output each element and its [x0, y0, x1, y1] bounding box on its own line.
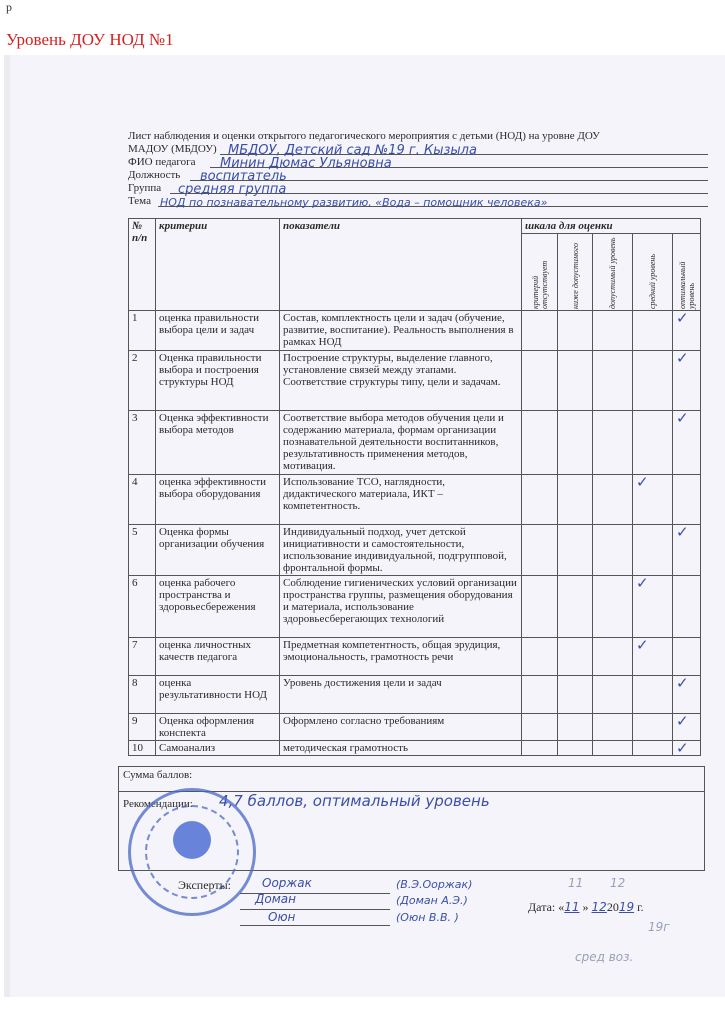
- table-row: 10Самоанализметодическая грамотность✓: [129, 741, 701, 756]
- official-stamp-icon: [128, 788, 256, 916]
- expert-signature: Оюн: [268, 910, 295, 924]
- scale-cell: [593, 676, 633, 714]
- scale-level-header: допустимый уровень: [593, 234, 633, 311]
- table-row: 5Оценка формы организации обученияИндиви…: [129, 525, 701, 576]
- date-day: 11: [564, 900, 579, 914]
- scale-cell: ✓: [673, 411, 701, 475]
- row-indicator: Индивидуальный подход, учет детской иниц…: [280, 525, 522, 576]
- expert-name: (Доман А.Э.): [396, 894, 468, 907]
- scale-cell: [593, 475, 633, 525]
- row-number: 7: [129, 638, 156, 676]
- scale-cell: [593, 411, 633, 475]
- scale-cell: [673, 638, 701, 676]
- table-row: 2Оценка правильности выбора и построения…: [129, 351, 701, 411]
- checkmark-icon: ✓: [676, 674, 689, 692]
- row-criterion: оценка рабочего пространства и здоровьес…: [156, 576, 280, 638]
- expert-name: (В.Э.Ооржак): [396, 878, 472, 891]
- checkmark-icon: ✓: [676, 712, 689, 730]
- date-month: 12: [592, 900, 607, 914]
- row-criterion: Оценка эффективности выбора методов: [156, 411, 280, 475]
- row-indicator: Состав, комплектность цели и задач (обуч…: [280, 311, 522, 351]
- field-label: ФИО педагога: [128, 156, 196, 169]
- row-number: 5: [129, 525, 156, 576]
- scale-cell: [522, 411, 558, 475]
- scale-cell: [673, 576, 701, 638]
- row-criterion: оценка результативности НОД: [156, 676, 280, 714]
- form-title: Лист наблюдения и оценки открытого педаг…: [128, 130, 708, 143]
- scale-cell: [558, 638, 593, 676]
- scale-cell: [522, 676, 558, 714]
- scale-cell: [593, 351, 633, 411]
- row-indicator: Соблюдение гигиенических условий организ…: [280, 576, 522, 638]
- checkmark-icon: ✓: [636, 473, 649, 491]
- scale-cell: [633, 351, 673, 411]
- row-indicator: Предметная компетентность, общая эрудици…: [280, 638, 522, 676]
- scale-cell: [558, 411, 593, 475]
- scale-cell: [558, 475, 593, 525]
- field-label: Группа: [128, 182, 161, 195]
- scale-cell: [633, 676, 673, 714]
- row-criterion: Самоанализ: [156, 741, 280, 756]
- scale-cell: [633, 741, 673, 756]
- scale-level-header: критерий отсутствует: [522, 234, 558, 311]
- row-number: 6: [129, 576, 156, 638]
- scale-cell: [558, 576, 593, 638]
- scale-cell: ✓: [633, 475, 673, 525]
- table-row: 4оценка эффективности выбора оборудовани…: [129, 475, 701, 525]
- row-indicator: Использование ТСО, наглядности, дидактич…: [280, 475, 522, 525]
- row-number: 1: [129, 311, 156, 351]
- checkmark-icon: ✓: [676, 349, 689, 367]
- checkmark-icon: ✓: [676, 523, 689, 541]
- row-indicator: Оформлено согласно требованиям: [280, 714, 522, 741]
- scale-cell: [673, 475, 701, 525]
- scale-cell: [522, 351, 558, 411]
- scale-level-header: средний уровень: [633, 234, 673, 311]
- row-number: 2: [129, 351, 156, 411]
- row-number: 9: [129, 714, 156, 741]
- page-top-fragment: р: [6, 0, 12, 15]
- scale-cell: [593, 576, 633, 638]
- row-indicator: Соответствие выбора методов обучения цел…: [280, 411, 522, 475]
- scale-cell: [522, 475, 558, 525]
- scale-cell: [522, 741, 558, 756]
- scale-cell: [522, 311, 558, 351]
- scale-cell: [558, 351, 593, 411]
- scale-cell: [633, 525, 673, 576]
- scale-cell: [558, 311, 593, 351]
- field-position: Должность воспитатель: [128, 169, 708, 182]
- date-year-prefix: 20: [607, 900, 619, 914]
- experts-label: Эксперты:: [178, 878, 231, 893]
- column-header-indicators: показатели: [280, 219, 522, 311]
- table-row: 8оценка результативности НОДУровень дост…: [129, 676, 701, 714]
- scale-cell: ✓: [673, 311, 701, 351]
- scale-cell: [633, 411, 673, 475]
- table-row: 6оценка рабочего пространства и здоровье…: [129, 576, 701, 638]
- field-value: НОД по познавательному развитию, «Вода –…: [160, 196, 547, 209]
- field-label: Тема: [128, 195, 151, 208]
- field-institution: МАДОУ (МБДОУ) МБДОУ, Детский сад №19 г. …: [128, 143, 708, 156]
- pencil-month-note: 12: [610, 876, 625, 890]
- column-header-scale: шкала для оценки: [522, 219, 701, 234]
- scale-cell: ✓: [673, 676, 701, 714]
- sum-label: Сумма баллов:: [123, 769, 192, 781]
- field-group: Группа средняя группа: [128, 182, 708, 195]
- row-criterion: Оценка формы организации обучения: [156, 525, 280, 576]
- row-criterion: оценка эффективности выбора оборудования: [156, 475, 280, 525]
- row-criterion: оценка правильности выбора цели и задач: [156, 311, 280, 351]
- column-header-num: № п/п: [129, 219, 156, 311]
- recommendations-value: 4,7 баллов, оптимальный уровень: [219, 792, 490, 810]
- scale-cell: ✓: [673, 351, 701, 411]
- field-topic: Тема НОД по познавательному развитию, «В…: [128, 195, 708, 208]
- scale-cell: [593, 525, 633, 576]
- row-number: 8: [129, 676, 156, 714]
- scale-cell: ✓: [673, 714, 701, 741]
- table-body: 1оценка правильности выбора цели и задач…: [129, 311, 701, 756]
- pencil-year-note: 19г: [648, 920, 670, 934]
- scale-cell: [593, 638, 633, 676]
- checkmark-icon: ✓: [636, 636, 649, 654]
- table-row: 3Оценка эффективности выбора методовСоот…: [129, 411, 701, 475]
- pencil-day-note: 11: [568, 876, 583, 890]
- scale-cell: ✓: [673, 741, 701, 756]
- scale-level-header: ниже допустимого: [558, 234, 593, 311]
- row-criterion: Оценка оформления конспекта: [156, 714, 280, 741]
- date-year: 19: [619, 900, 634, 914]
- scale-cell: ✓: [673, 525, 701, 576]
- column-header-criteria: критерии: [156, 219, 280, 311]
- table-row: 1оценка правильности выбора цели и задач…: [129, 311, 701, 351]
- signature-line: [240, 909, 390, 910]
- scale-cell: [558, 741, 593, 756]
- date-suffix: г.: [634, 900, 644, 914]
- field-label: Должность: [128, 169, 180, 182]
- form-header: Лист наблюдения и оценки открытого педаг…: [128, 130, 708, 208]
- scale-cell: [593, 311, 633, 351]
- scale-cell: [522, 638, 558, 676]
- checkmark-icon: ✓: [676, 409, 689, 427]
- scale-cell: [633, 311, 673, 351]
- row-number: 10: [129, 741, 156, 756]
- table-header-row: № п/п критерии показатели шкала для оцен…: [129, 219, 701, 234]
- table-row: 9Оценка оформления конспектаОформлено со…: [129, 714, 701, 741]
- sum-row: Сумма баллов:: [119, 767, 704, 792]
- row-number: 3: [129, 411, 156, 475]
- field-teacher-name: ФИО педагога Минин Дюмас Ульяновна: [128, 156, 708, 169]
- table-row: 7оценка личностных качеств педагогаПредм…: [129, 638, 701, 676]
- scale-cell: [593, 714, 633, 741]
- page-title: Уровень ДОУ НОД №1: [6, 30, 174, 50]
- scale-cell: ✓: [633, 576, 673, 638]
- evaluation-table: № п/п критерии показатели шкала для оцен…: [128, 218, 701, 756]
- checkmark-icon: ✓: [676, 309, 689, 327]
- date-field: Дата: «11 » 122019 г.: [528, 900, 644, 915]
- row-criterion: оценка личностных качеств педагога: [156, 638, 280, 676]
- signature-line: [240, 925, 390, 926]
- row-indicator: методическая грамотность: [280, 741, 522, 756]
- expert-signature: Доман: [255, 892, 296, 906]
- scale-cell: [558, 676, 593, 714]
- checkmark-icon: ✓: [676, 739, 689, 757]
- scale-cell: [522, 525, 558, 576]
- scale-cell: [558, 525, 593, 576]
- stamp-emblem-icon: [173, 821, 211, 859]
- checkmark-icon: ✓: [636, 574, 649, 592]
- row-indicator: Построение структуры, выделение главного…: [280, 351, 522, 411]
- scale-cell: [522, 576, 558, 638]
- scale-cell: [558, 714, 593, 741]
- row-indicator: Уровень достижения цели и задач: [280, 676, 522, 714]
- date-label: Дата: «: [528, 900, 564, 914]
- row-criterion: Оценка правильности выбора и построения …: [156, 351, 280, 411]
- scale-cell: [522, 714, 558, 741]
- date-separator: »: [580, 900, 592, 914]
- scale-cell: ✓: [633, 638, 673, 676]
- scale-cell: [633, 714, 673, 741]
- row-number: 4: [129, 475, 156, 525]
- expert-name: (Оюн В.В. ): [396, 911, 459, 924]
- scale-level-header: оптимальный уровень: [673, 234, 701, 311]
- scale-cell: [593, 741, 633, 756]
- field-label: МАДОУ (МБДОУ): [128, 143, 217, 156]
- expert-signature: Ооржак: [262, 876, 312, 890]
- pencil-age-note: сред воз.: [575, 950, 633, 964]
